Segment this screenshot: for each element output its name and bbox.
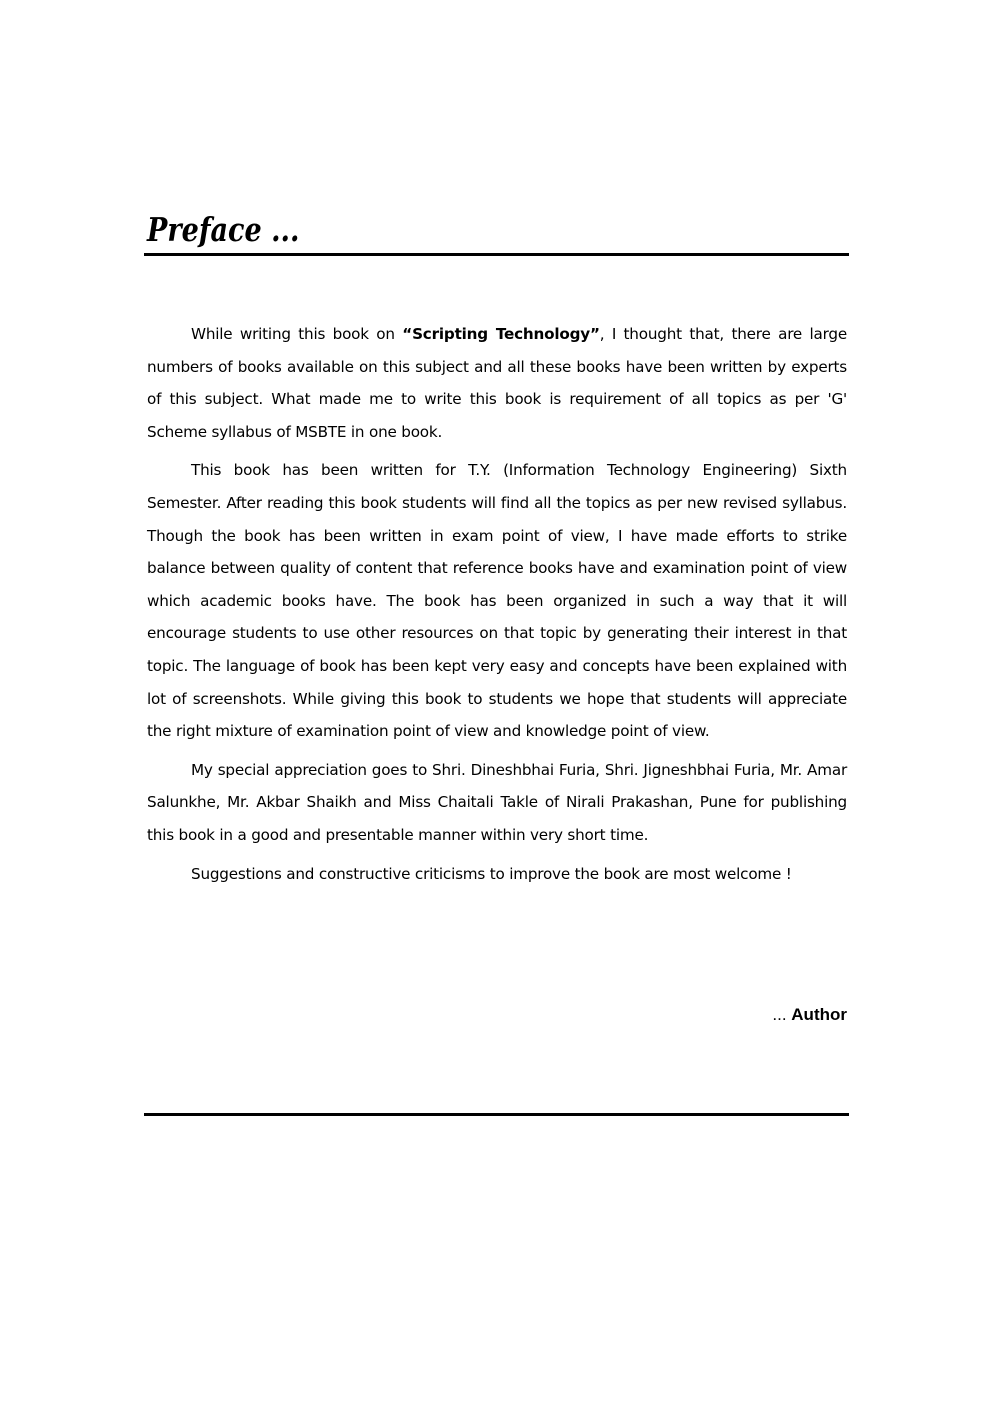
paragraph-intro-lead: While writing this book on <box>191 325 402 343</box>
paragraph-suggestions: Suggestions and constructive criticisms … <box>147 858 847 891</box>
paragraph-intro: While writing this book on “Scripting Te… <box>147 318 847 448</box>
signature: ... Author <box>772 1003 847 1027</box>
paragraph-acknowledgement: My special appreciation goes to Shri. Di… <box>147 754 847 852</box>
signature-prefix: ... <box>772 1005 791 1024</box>
book-title-emphasis: “Scripting Technology” <box>402 325 599 343</box>
page-title: Preface ... <box>147 208 299 252</box>
paragraph-audience: This book has been written for T.Y. (Inf… <box>147 454 847 747</box>
title-divider <box>144 253 849 256</box>
signature-name: Author <box>791 1005 847 1024</box>
preface-body: While writing this book on “Scripting Te… <box>147 318 847 896</box>
footer-divider <box>144 1113 849 1116</box>
